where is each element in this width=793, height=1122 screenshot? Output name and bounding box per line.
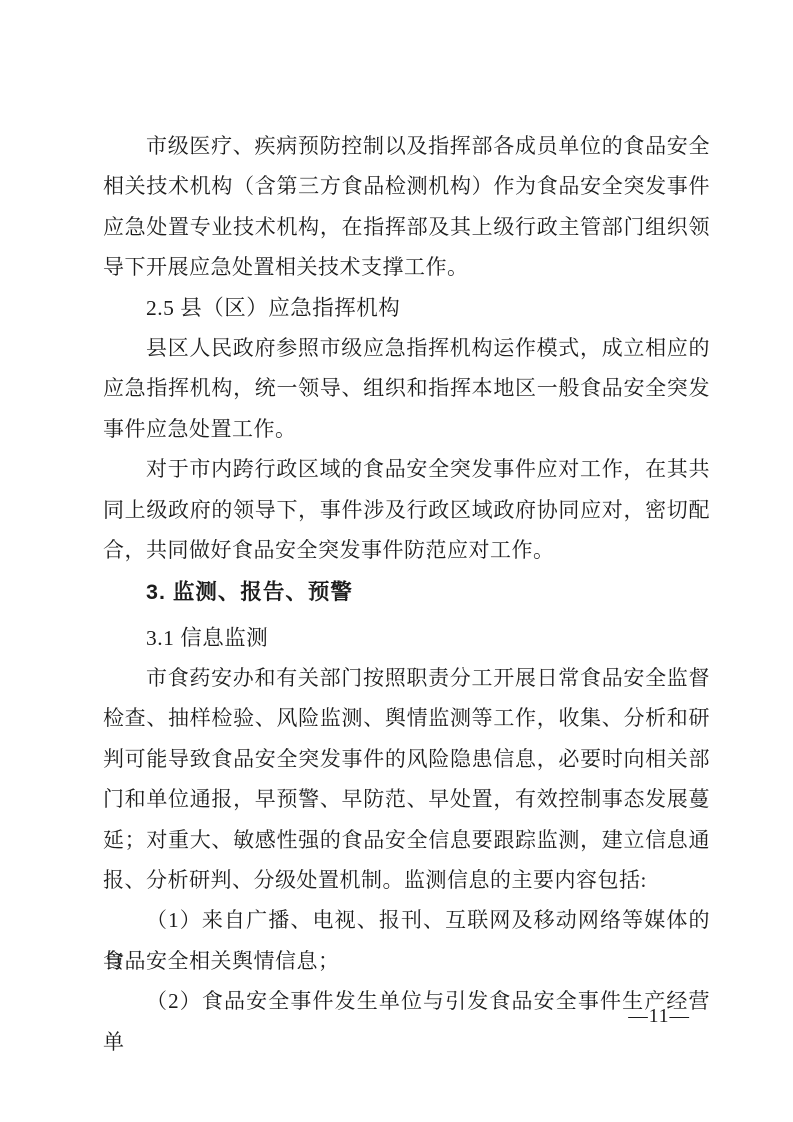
text-line: 市级医疗、疾病预防控制以及指挥部各成员单位的食品安全 [103,126,710,166]
paragraph: 县区人民政府参照市级应急指挥机构运作模式，成立相应的应急指挥机构，统一领导、组织… [103,328,710,449]
text-line: 合，共同做好食品安全突发事件防范应对工作。 [103,530,710,570]
text-line: 应急指挥机构，统一领导、组织和指挥本地区一般食品安全突发 [103,368,710,408]
paragraph: 市级医疗、疾病预防控制以及指挥部各成员单位的食品安全相关技术机构（含第三方食品检… [103,126,710,288]
text-line: 延；对重大、敏感性强的食品安全信息要跟踪监测，建立信息通 [103,820,710,860]
text-line: 相关技术机构（含第三方食品检测机构）作为食品安全突发事件 [103,166,710,206]
page-number: —11— [628,1002,690,1032]
document-page: 市级医疗、疾病预防控制以及指挥部各成员单位的食品安全相关技术机构（含第三方食品检… [0,0,793,1122]
text-line: 应急处置专业技术机构，在指挥部及其上级行政主管部门组织领 [103,207,710,247]
text-line: 导下开展应急处置相关技术支撑工作。 [103,247,710,287]
section-heading: 3.1 信息监测 [103,618,710,658]
paragraph: 市食药安办和有关部门按照职责分工开展日常食品安全监督检查、抽样检验、风险监测、舆… [103,658,710,900]
text-line: 对于市内跨行政区域的食品安全突发事件应对工作，在其共 [103,449,710,489]
text-line: 判可能导致食品安全突发事件的风险隐患信息，必要时向相关部 [103,739,710,779]
text-line: 市食药安办和有关部门按照职责分工开展日常食品安全监督 [103,658,710,698]
document-content: 市级医疗、疾病预防控制以及指挥部各成员单位的食品安全相关技术机构（含第三方食品检… [103,126,710,1022]
text-line: （1）来自广播、电视、报刊、互联网及移动网络等媒体的与 [103,900,710,940]
text-line: 门和单位通报，早预警、早防范、早处置，有效控制事态发展蔓 [103,779,710,819]
paragraph: （1）来自广播、电视、报刊、互联网及移动网络等媒体的与食品安全相关舆情信息； [103,900,710,981]
text-line: 检查、抽样检验、风险监测、舆情监测等工作，收集、分析和研 [103,698,710,738]
heading-line: 3.1 信息监测 [103,618,710,658]
section-heading: 2.5 县（区）应急指挥机构 [103,288,710,328]
text-line: 县区人民政府参照市级应急指挥机构运作模式，成立相应的 [103,328,710,368]
text-line: 事件应急处置工作。 [103,409,710,449]
text-line: 报、分析研判、分级处置机制。监测信息的主要内容包括: [103,860,710,900]
heading-line: 3. 监测、报告、预警 [103,572,710,612]
text-line: （2）食品安全事件发生单位与引发食品安全事件生产经营单 [103,981,710,1021]
paragraph: 对于市内跨行政区域的食品安全突发事件应对工作，在其共同上级政府的领导下，事件涉及… [103,449,710,570]
text-line: 食品安全相关舆情信息； [103,941,710,981]
paragraph: （2）食品安全事件发生单位与引发食品安全事件生产经营单 [103,981,710,1021]
section-heading: 3. 监测、报告、预警 [103,572,710,612]
heading-line: 2.5 县（区）应急指挥机构 [103,288,710,328]
text-line: 同上级政府的领导下，事件涉及行政区域政府协同应对，密切配 [103,490,710,530]
